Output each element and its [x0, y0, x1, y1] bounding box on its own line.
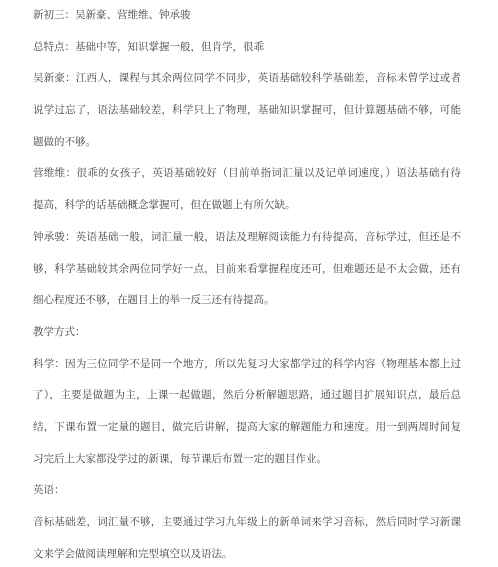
text-line: 了），主要是做题为主，上课一起做题，然后分析解题思路，通过题目扩展知识点，最后总: [33, 380, 461, 412]
text-line: 够，科学基础较其余两位同学好一点，目前来看掌握程度还可，但难题还是不太会做，还有: [33, 254, 461, 286]
text-line: 提高，科学的话基础概念掌握可，但在做题上有所欠缺。: [33, 190, 461, 222]
document-page: 新初三：吴新豪、营维维、钟承骏总特点：基础中等，知识掌握一般，但肯学，很乖吴新豪…: [0, 0, 498, 567]
text-line: 营维维：很乖的女孩子，英语基础较好（目前单指词汇量以及记单词速度，）语法基础有待: [33, 158, 461, 190]
text-line: 新初三：吴新豪、营维维、钟承骏: [33, 0, 461, 32]
document-body: 新初三：吴新豪、营维维、钟承骏总特点：基础中等，知识掌握一般，但肯学，很乖吴新豪…: [0, 0, 498, 567]
text-line: 习完后上大家都没学过的新课，每节课后布置一定的题目作业。: [33, 444, 461, 476]
text-line: 吴新豪：江西人，课程与其余两位同学不同步，英语基础较科学基础差，音标未曾学过或者: [33, 63, 461, 95]
text-line: 教学方式：: [33, 317, 461, 349]
text-line: 细心程度还不够，在题目上的举一反三还有待提高。: [33, 285, 461, 317]
text-line: 钟承骏：英语基础一般，词汇量一般，语法及理解阅读能力有待提高，音标学过，但还是不: [33, 222, 461, 254]
text-line: 英语：: [33, 475, 461, 507]
text-line: 说学过忘了，语法基础较差，科学只上了物理，基础知识掌握可，但计算题基础不够，可能: [33, 95, 461, 127]
text-line: 结，下课布置一定量的题目，做完后讲解，提高大家的解题能力和速度。用一到两周时间复: [33, 412, 461, 444]
text-line: 题做的不够。: [33, 127, 461, 159]
text-line: 科学：因为三位同学不是同一个地方，所以先复习大家都学过的科学内容（物理基本都上过: [33, 349, 461, 381]
text-line: 总特点：基础中等，知识掌握一般，但肯学，很乖: [33, 32, 461, 64]
text-line: 文来学会做阅读理解和完型填空以及语法。: [33, 539, 461, 567]
text-line: 音标基础差，词汇量不够，主要通过学习九年级上的新单词来学习音标，然后同时学习新课: [33, 507, 461, 539]
